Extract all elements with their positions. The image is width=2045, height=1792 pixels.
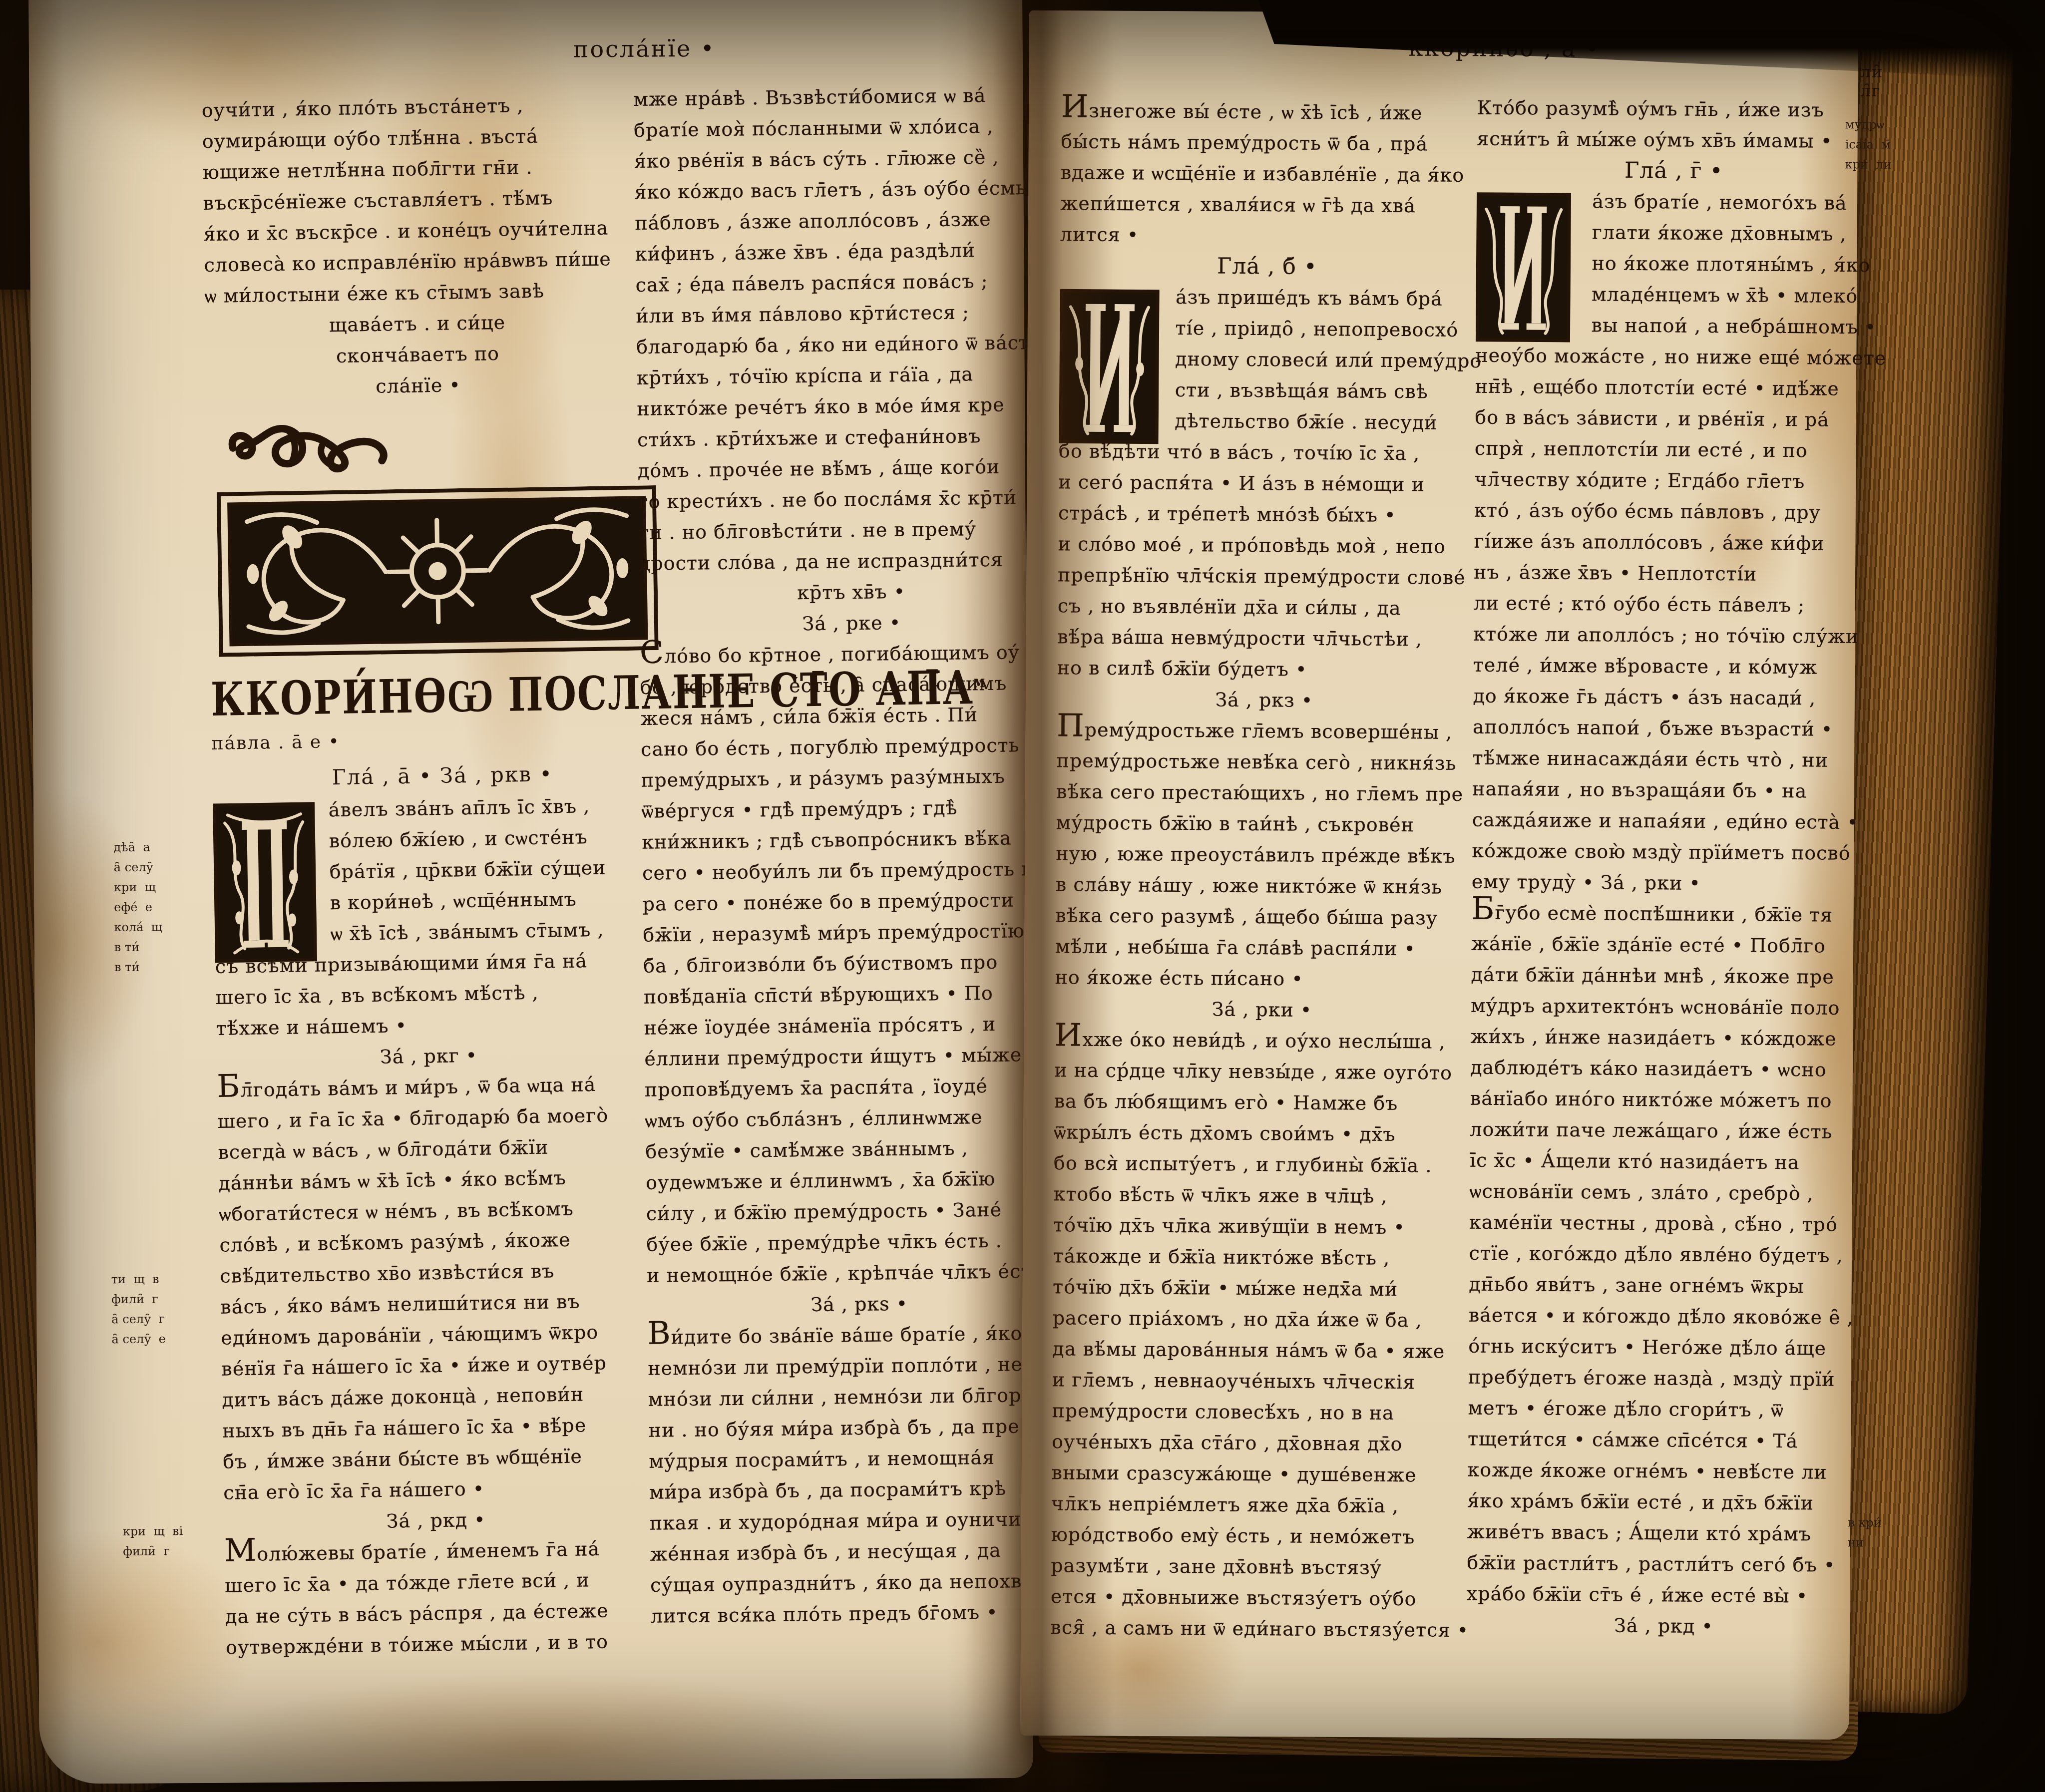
text-line: За́ , рки • xyxy=(1055,993,1469,1027)
text-line: ѡснова́нїи семъ , зла́то , сребро̀ , xyxy=(1469,1176,1864,1210)
text-line: ли есте́ ; кто́ оу́бо е́сть па́велъ ; xyxy=(1474,588,1868,622)
text-line: то́чїю дх̄ъ чл̄ка живу́щїи в немъ • xyxy=(1053,1209,1468,1243)
first-corinthians-ch1: а́велъ зва́нъ ап̄лъ і̄с х̄въ ,во́лею бж̄… xyxy=(212,790,650,1663)
text-line: разумѣ́ти , зане дх̄овнѣ въстязу́ xyxy=(1051,1550,1465,1584)
text-line: За́ , ркѕ • xyxy=(647,1286,1072,1322)
text-line: ную , юже преоуста́вилъ пре́жде вѣ́къ xyxy=(1056,838,1470,872)
text-line: кр̄тъ хв̄ъ • xyxy=(639,574,1064,610)
text-line: сано бо е́сть , погублю̀ прему́дрость xyxy=(641,729,1066,765)
text-line: ѿве́ргуся • гдѣ̀ прему́дръ ; гдѣ̀ xyxy=(641,791,1066,827)
initial-woodcut-p xyxy=(213,802,318,965)
text-line: и на ср́дце чл̄ку невзы́де , яже оуго́то xyxy=(1054,1055,1469,1088)
text-line: ми́ра избра̀ б̄ъ , да посрами́тъ крѣ xyxy=(649,1472,1074,1508)
text-line: вся̑ , а самъ ни ѿ еди́наго въстязу́ется… xyxy=(1050,1612,1465,1646)
text-line: безу́мїе • самѣ́мже зва́ннымъ , xyxy=(645,1131,1070,1167)
text-line: жа́нїе , бж̄їе зда́нїе есте́ • Побл̄го xyxy=(1471,928,1866,962)
text-line: бо , юро́дство е́сть , а̑ спаса́ющимъ xyxy=(640,667,1065,703)
text-line: дрости сло́ва , да не испраздни́тся xyxy=(639,543,1064,579)
margin-note-line: дѣа̑ а xyxy=(113,837,162,858)
text-line: в сла́ву на́шу , юже никто́же ѿ кня́зь xyxy=(1056,869,1470,903)
text-line: спря̀ , неплотсті́и ли есте́ , и по xyxy=(1475,433,1869,467)
text-line: сти́хъ . кр̄ти́хъже и стефани́новъ xyxy=(637,419,1062,455)
first-corinthians-ch3: Кто́бо разумѣ̀ оу́мъ гн̄ь , и́же изъясни… xyxy=(1466,92,1872,1643)
text-line: проповѣ́дуемъ х̄а распя́та , їоуде́ xyxy=(645,1070,1070,1105)
text-line: да́ти бж̄їи да́ннѣи мнѣ̀ , я́коже пре xyxy=(1471,959,1865,993)
headpiece-woodcut xyxy=(217,486,635,659)
text-line: За́ , ркз • xyxy=(1057,683,1471,717)
initial-woodcut-i xyxy=(1059,289,1160,446)
text-line: то́чїю дх̄ъ бж̄їи • мы́же недх̄а ми́ xyxy=(1053,1271,1467,1305)
text-line: вѣ́ра ва́ша невму́дрости чл̄чьстѣи , xyxy=(1057,621,1472,655)
text-line: і̄с х̄с • А́щели кто́ назида́етъ на xyxy=(1470,1145,1864,1179)
book-subtitle: па́вла . а̄ е • xyxy=(211,727,636,754)
margin-note-line: ти щ в xyxy=(111,1269,166,1289)
text-line: сла́нїе • xyxy=(206,367,631,404)
text-line: и гл̄емъ , невнаоуче́ныхъ чл̄ческія xyxy=(1052,1364,1467,1398)
text-line: и немощно́е бж̄їе , крѣпча́е чл̄къ е́сть… xyxy=(647,1255,1072,1291)
right-column-2: Кто́бо разумѣ̀ оу́мъ гн̄ь , и́же изъясни… xyxy=(1466,92,1872,1643)
text-line: Прему́дростьже гл̄емъ всоверше́ны , xyxy=(1057,714,1471,748)
text-line: ясни́тъ и̑ мы́же оу́мъ хв̄ъ и́мамы • xyxy=(1477,123,1871,157)
text-line: вѣ́ка сего разумѣ̀ , а́щебо бы́ша разу xyxy=(1055,900,1470,934)
text-line: кто́же ли аполло́съ ; но то́чїю слу́жи xyxy=(1473,619,1868,653)
text-line: стїе , кого́ждо дѣ́ло явле́но бу́детъ , xyxy=(1469,1238,1863,1272)
text-line: вдаже и ѡсщ̄е́нїе и избавле́нїе , да я́к… xyxy=(1061,157,1475,191)
knot-ornament xyxy=(226,411,632,479)
initial-woodcut-i-2 xyxy=(1475,192,1571,345)
text-line: даблюде́тъ ка́ко назида́етъ • ѡсно xyxy=(1470,1052,1865,1086)
text-line: кто́ , а́зъ оу́бо е́смь па́вловъ , дру xyxy=(1474,495,1869,529)
text-line: Кто́бо разумѣ̀ оу́мъ гн̄ь , и́же изъ xyxy=(1477,92,1871,126)
text-line: я́ко рве́нїя в ва́съ су́ть . гл̄юже се̏ … xyxy=(634,141,1059,177)
margin-cross-references-lower2: кри щ віфили̑ г xyxy=(123,1521,183,1561)
text-line: б̄а , бл̄гоизво́ли б̄ъ бу́иствомъ про xyxy=(643,946,1068,982)
text-line: Ихже о́ко неви́дѣ , и оу́хо неслы́ша , xyxy=(1054,1024,1469,1058)
text-line: сажда́яиже и напая́яи , еди́но еста̀ • xyxy=(1472,804,1867,838)
text-line: прему́дрыхъ , и ра́зумъ разу́мныхъ xyxy=(641,760,1066,796)
text-line: сах̄ ; е́да па́велъ распя́ся пова́съ ; xyxy=(635,265,1060,301)
text-line: метъ • е́гоже дѣ́ло сгори́тъ , ѿ xyxy=(1468,1393,1862,1427)
text-line: ва́нїабо ино́го никто́же мо́жетъ по xyxy=(1470,1083,1865,1117)
text-line: кни́жникъ ; гдѣ̀ съвопро́сникъ вѣ́ка xyxy=(642,822,1067,858)
text-line: му́дръ архитекто́нъ ѡснова́нїе поло xyxy=(1471,990,1865,1024)
text-line: ва́ется • и ко́гождо дѣ́ло яково́же е̑ , xyxy=(1469,1300,1863,1334)
text-line: съ , но въявле́нїи дх̄а и си́лы , да xyxy=(1058,590,1472,624)
text-line: лится вся́ка пло́ть предъ бг̄омъ • xyxy=(651,1596,1076,1632)
text-line: расего пріа́хомъ , но дх̄а и́же ѿ б̄а , xyxy=(1053,1302,1467,1336)
text-line: но в силѣ̀ бж̄їи бу́детъ • xyxy=(1057,652,1472,686)
book-title: ККОРИ́НѲѠ ПОСЛАНІЕ СТ̄О АП̄Ам xyxy=(210,667,636,727)
text-line: мѣ́ли , небы́ша г̄а сла́вѣ распя́ли • xyxy=(1055,931,1470,965)
right-column-1: Изнегоже вы́ е́сте , ѡ х̄ѣ і̄сѣ , и́жебы… xyxy=(1050,95,1476,1646)
text-line: му́дрость бж̄їю в таи́нѣ , съкрове́н xyxy=(1056,807,1470,841)
text-line: благодарю́ б̄а , я́ко ни еди́ного ѿ ва́с… xyxy=(636,327,1061,362)
text-line: препрѣ́нїю чл̄ч́скія прему́дрости слове́ xyxy=(1058,559,1472,593)
text-line: ки́финъ , а́зже х̄въ . е́да раздѣли́ xyxy=(635,234,1060,270)
text-line: но я́коже е́сть пи́сано • xyxy=(1055,962,1469,996)
text-line: лится • xyxy=(1060,219,1475,253)
left-column-1: оучи́ти , я́ко пло́ть въста́нетъ ,оумира… xyxy=(201,88,650,1663)
text-line: пкая . и худоро́дная ми́ра и оуничи xyxy=(649,1503,1074,1539)
text-line: бж̄їи , неразумѣ̀ ми́ръ прему́дростїю xyxy=(643,915,1068,951)
running-head-left: посла́нїе • xyxy=(573,35,716,63)
text-line: Гла́ , б̄ • xyxy=(1060,250,1474,284)
margin-note-line: кри щ ві xyxy=(123,1521,183,1541)
margin-note-line: в ти́ xyxy=(114,957,163,978)
text-line: пребу́детъ е́гоже назда̀ , мзду̀ прїи́ xyxy=(1468,1362,1863,1396)
text-line: Сло́во бо кр̄тное , погиба́ющимъ оу́ xyxy=(640,636,1065,672)
text-line: до́мъ . проче́е не вѣ́мъ , а́ще кого́и xyxy=(638,450,1063,486)
margin-note-line: фили̑ г xyxy=(123,1541,183,1561)
text-line: кр̄ти́хъ , то́чїю крі́спа и га́їа , да xyxy=(636,358,1061,393)
text-line: бу́ее бж̄їе , прему́дрѣе чл̄къ е́сть . xyxy=(646,1224,1071,1260)
text-line: ложи́ти паче лежа́щаго , и́же е́сть xyxy=(1470,1114,1864,1148)
text-line: напая́яи , но възраща́яи б̄ъ • на xyxy=(1472,773,1867,807)
text-line: тѣ́мже нинасажда́яи е́сть что̀ , ни xyxy=(1472,742,1867,776)
text-line: теле́ , и́мже вѣ́ровасте , и ко́муж xyxy=(1473,650,1868,684)
text-line: су́щая оупраздни́тъ , я́ко да непохва́ xyxy=(650,1565,1075,1601)
text-line: вными сразсужа́юще • душе́венже xyxy=(1051,1457,1466,1491)
text-line: ва б̄ъ лю́бящимъ его̀ • Намже б̄ъ xyxy=(1054,1085,1469,1119)
first-corinthians-ch2: Изнегоже вы́ е́сте , ѡ х̄ѣ і̄сѣ , и́жебы… xyxy=(1050,95,1476,1646)
text-line: ни . но бу́яя ми́ра избра̀ б̄ъ , да пре xyxy=(648,1410,1073,1446)
text-line: вѣ́ка сего престаю́щихъ , но гл̄емъ пре xyxy=(1056,776,1471,810)
text-line: я́ко ко́ждо васъ гл̄етъ , а́зъ оу́бо е́с… xyxy=(634,172,1059,208)
text-line: мже нра́вѣ . Възвѣсти́бомися ѡ ва́ xyxy=(633,79,1058,115)
text-line: си́лу , и бж̄їю прему́дрость • Зане́ xyxy=(646,1193,1071,1229)
text-line: никто́же рече́тъ я́ко в мо́е и́мя кре xyxy=(637,388,1062,424)
text-line: Изнегоже вы́ е́сте , ѡ х̄ѣ і̄сѣ , и́же xyxy=(1061,95,1475,129)
margin-note-line: кола́ щ xyxy=(114,917,162,938)
text-line: е́ллини прему́дрости и́щутъ • мы́же xyxy=(644,1039,1069,1075)
text-line: нъ , а́зже х̄въ • Неплотсті́и xyxy=(1474,557,1868,591)
text-line: сего • необуи́лъ ли б̄ъ прему́дрость ми́ xyxy=(642,853,1067,889)
left-column-2: мже нра́вѣ . Възвѣсти́бомися ѡ ва́браті́… xyxy=(633,79,1075,1631)
text-line: жепи́шется , хваля́ися ѡ г̄ѣ да хва́ xyxy=(1060,188,1475,222)
text-line: я́ко хра́мъ бж̄їи есте́ , и дх̄ъ бж̄їи xyxy=(1467,1485,1862,1519)
text-line: прему́дрости словесѣ́хъ , но в на xyxy=(1052,1395,1466,1429)
text-line: Бг̄убо есмѐ поспѣ́шники , бж̄їе тя xyxy=(1471,897,1866,931)
text-line: неоу́бо можа́сте , но ниже еще́ мо́жете xyxy=(1475,340,1870,374)
margin-cross-references-upper: дѣа̑ аа̑ селу̑кри щефе́ екола́ щв ти́в т… xyxy=(113,837,162,978)
margin-note-line: а̑ селу̑ г xyxy=(111,1309,166,1329)
text-line: Гла́ , г̄ • xyxy=(1477,154,1871,188)
book-photograph: посла́нїе • дѣа̑ аа̑ селу̑кри щефе́ екол… xyxy=(0,0,2045,1792)
text-line: же́нная избра̀ б̄ъ , и несу́щая , да xyxy=(650,1534,1075,1570)
text-line: повѣ́данїа сп̄сти́ вѣ́рующихъ • По xyxy=(643,977,1068,1013)
text-line: нн̄ѣ , еще́бо плотсті́и есте́ • идѣ́же xyxy=(1475,371,1870,405)
text-line: не́же їоуде́е зна́менїа про́сятъ , и xyxy=(644,1008,1069,1044)
text-line: прему́дростьже невѣ́ка сего̀ , никня́зь xyxy=(1056,745,1471,779)
text-line: о́гнь иску́ситъ • Него́же дѣ́ло а́ще xyxy=(1468,1331,1863,1365)
text-line: и сло́во мое́ , и про́повѣдь моя̀ , непо xyxy=(1058,528,1472,562)
margin-note-line: а̑ селу̑ е xyxy=(111,1329,166,1349)
margin-note-line: ефе́ е xyxy=(114,897,162,918)
text-line: юро́дствобо ему̀ е́сть , и немо́жетъ xyxy=(1051,1519,1466,1553)
text-line: и́ли въ и́мя па́влово кр̄ти́стеся ; xyxy=(636,296,1061,332)
text-line: бо в ва́съ за́висти , и рве́нїя , и ра́ xyxy=(1475,402,1869,436)
right-page: ккори́нѳо , а̄ •м ли̑ л̑г му́дрѡісаі́а м… xyxy=(1020,10,1858,1740)
text-line: немно́зи ли прему́дрїи попло́ти , не xyxy=(648,1348,1073,1384)
text-line: живе́тъ ввасъ ; А́щели кто́ хра́мъ xyxy=(1467,1516,1862,1550)
text-line: оуче́ныхъ дх̄а ст̄а́го , дх̄овная дх̄о xyxy=(1052,1426,1466,1460)
body-text: мже нра́вѣ . Възвѣсти́бомися ѡ ва́браті́… xyxy=(633,79,1075,1631)
text-line: каме́нїи честны , дрова̀ , сѣ́но , тро́ xyxy=(1469,1207,1864,1241)
text-line: ктобо вѣ́сть ѿ чл̄къ яже в чл̄цѣ , xyxy=(1053,1178,1468,1212)
text-line: тщети́тся • са́мже сп̄се́тся • Та́ xyxy=(1468,1424,1862,1457)
text-line: и сего́ распя́та • И а́зъ в не́мощи и xyxy=(1058,466,1473,500)
text-line: мно́зи ли си́лни , немно́зи ли бл̄горо́д xyxy=(648,1379,1073,1415)
text-line: па́бловъ , а́зже аполло́совъ , а́зже xyxy=(635,203,1060,239)
text-line: стра́сѣ , и тре́петѣ мно́зѣ бы́хъ • xyxy=(1058,497,1473,531)
text-line: ѿкры́лъ е́сть дх̄омъ свои́мъ • дх̄ъ xyxy=(1054,1116,1468,1150)
margin-cross-references-lower: ти щ вфили̑ га̑ селу̑ га̑ селу̑ е xyxy=(111,1269,166,1349)
text-line: кожде я́коже огне́мъ • невѣ́сте ли xyxy=(1467,1454,1862,1488)
margin-note-line: в ти́ xyxy=(114,937,163,958)
margin-note-line: кри щ xyxy=(114,877,162,898)
text-line: ется • дх̄овныиже въстязу́етъ оу́бо xyxy=(1051,1581,1465,1615)
text-line: браті́е моя̀ по́сланными ѿ хло́иса , xyxy=(634,110,1059,146)
text-line: чл̄къ непріе́млетъ яже дх̄а бж̄їа , xyxy=(1051,1488,1466,1522)
text-line: до я́коже г̄ь да́стъ • а́зъ насади́ , xyxy=(1473,681,1867,715)
text-line: бы́сть на́мъ прему́дрость ѿ б̄а , пра́ xyxy=(1061,126,1475,160)
text-line: го крести́хъ . не бо посла́мя х̄с кр̄ти́ xyxy=(638,481,1063,517)
text-line: бж̄їи растли́тъ , растли́тъ сего́ б̄ъ • xyxy=(1467,1547,1861,1581)
text-line: дн̄ьбо яви́тъ , зане огне́мъ ѿкры xyxy=(1469,1269,1863,1303)
text-line: ра сего • поне́же бо в прему́дрости xyxy=(642,884,1067,920)
text-line: гі́иже а́зъ аполло́совъ , а́же ки́фи xyxy=(1474,526,1868,560)
text-line: хра́бо бж̄їи ст̄ъ е́ , и́же есте́ вы̀ • xyxy=(1467,1578,1861,1612)
margin-note-line: а̑ селу̑ xyxy=(114,857,162,878)
left-page: посла́нїе • дѣа̑ аа̑ селу̑кри щефе́ екол… xyxy=(28,0,1033,1784)
text-line: Ви́дите бо зва́нїе ва́ше браті́е , я́ко xyxy=(647,1317,1072,1353)
text-line: оутвержде́ни в то́иже мы́сли , и в то xyxy=(226,1625,651,1663)
text-line: За́ , ркд • xyxy=(1466,1609,1861,1643)
chapter-and-zachalo-line: Гла́ , а̄ • За́ , ркв • xyxy=(212,760,637,791)
text-line: ѡмъ оу́бо събла́знъ , е́ллинѡмже xyxy=(645,1100,1070,1136)
text-line: ко́ждоже свою̀ мзду̀ прїи́метъ посво́ xyxy=(1472,835,1866,869)
text-line: чл̄честву хо́дите ; Егда́бо гл̄етъ xyxy=(1474,464,1869,498)
text-line: оудеѡмъже и е́ллинѡмъ , х̄а бж̄їю xyxy=(646,1162,1071,1198)
text-line: та́кожде и бж̄їа никто́же вѣ́сть , xyxy=(1053,1240,1467,1274)
text-line: му́дрыя посрами́тъ , и немощна́я xyxy=(649,1441,1074,1477)
text-line: ти . но бл̄говѣсти́ти . не в прему́ xyxy=(638,512,1063,548)
text-line: жи́хъ , и́нже назида́етъ • ко́ждоже xyxy=(1470,1021,1865,1055)
text-line: жеся на́мъ , си́ла бж̄їя е́сть . Пи́ xyxy=(640,698,1065,734)
text-line: ему труду̀ • За́ , рки • xyxy=(1472,866,1866,900)
text-line: За́ , рке • xyxy=(639,605,1064,641)
text-line: бо вся̀ испыту́етъ , и глубины̀ бж̄їа . xyxy=(1054,1147,1468,1181)
text-line: аполло́съ напои́ , б̄ъже възрасти́ • xyxy=(1473,712,1867,745)
margin-note-line: фили̑ г xyxy=(111,1289,166,1309)
prologue-end-text: оучи́ти , я́ко пло́ть въста́нетъ ,оумира… xyxy=(201,88,631,404)
text-line: да вѣ́мы дарова́нныя на́мъ ѿ б̄а • яже xyxy=(1052,1333,1467,1367)
